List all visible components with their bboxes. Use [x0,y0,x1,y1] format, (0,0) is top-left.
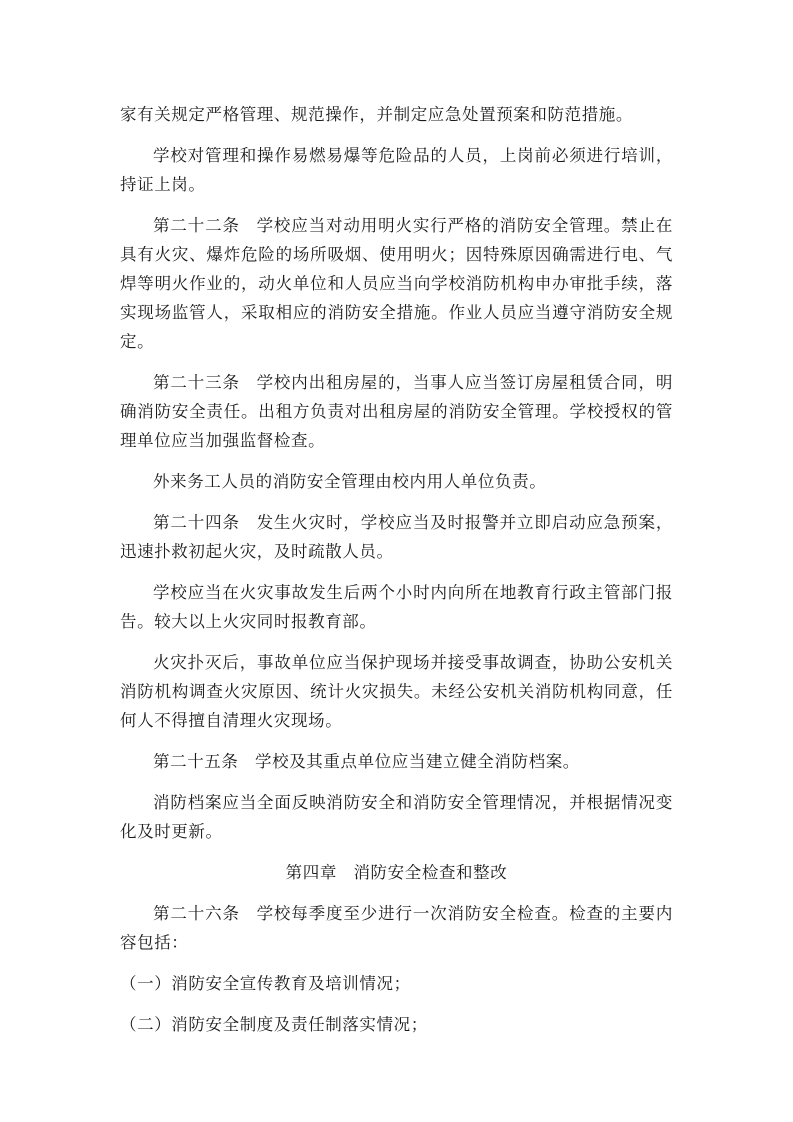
article-22: 第二十二条学校应当对动用明火实行严格的消防安全管理。禁止在具有火灾、爆炸危险的场… [120,211,673,356]
chapter-number: 第四章 [286,863,337,882]
article-number: 第二十三条 [153,373,240,392]
article-number: 第二十六条 [153,904,240,923]
paragraph-body: 消防档案应当全面反映消防安全和消防安全管理情况，并根据情况变化及时更新。 [120,788,673,846]
article-23: 第二十三条学校内出租房屋的，当事人应当签订房屋租赁合同，明确消防安全责任。出租方… [120,368,673,455]
paragraph-body: 学校对管理和操作易燃易爆等危险品的人员，上岗前必须进行培训，持证上岗。 [120,141,673,199]
article-number: 第二十四条 [153,513,240,532]
article-24: 第二十四条发生火灾时，学校应当及时报警并立即启动应急预案，迅速扑救初起火灾，及时… [120,508,673,566]
article-text: 学校及其重点单位应当建立健全消防档案。 [255,752,580,771]
document-page: 家有关规定严格管理、规范操作，并制定应急处置预案和防范措施。 学校对管理和操作易… [120,100,673,1051]
list-item: （一）消防安全宣传教育及培训情况； [120,969,673,998]
paragraph-body: 火灾扑灭后，事故单位应当保护现场并接受事故调查，协助公安机关消防机构调查火灾原因… [120,648,673,735]
chapter-heading: 第四章消防安全检查和整改 [120,858,673,887]
paragraph-body: 外来务工人员的消防安全管理由校内用人单位负责。 [120,467,673,496]
list-item: （二）消防安全制度及责任制落实情况； [120,1010,673,1039]
chapter-title: 消防安全检查和整改 [353,863,507,882]
paragraph-body: 学校应当在火灾事故发生后两个小时内向所在地教育行政主管部门报告。较大以上火灾同时… [120,578,673,636]
article-25: 第二十五条学校及其重点单位应当建立健全消防档案。 [120,747,673,776]
paragraph-continuation: 家有关规定严格管理、规范操作，并制定应急处置预案和防范措施。 [120,100,673,129]
article-text: 学校应当对动用明火实行严格的消防安全管理。禁止在具有火灾、爆炸危险的场所吸烟、使… [120,216,673,351]
article-number: 第二十二条 [153,216,240,235]
article-number: 第二十五条 [153,752,239,771]
article-26: 第二十六条学校每季度至少进行一次消防安全检查。检查的主要内容包括： [120,899,673,957]
